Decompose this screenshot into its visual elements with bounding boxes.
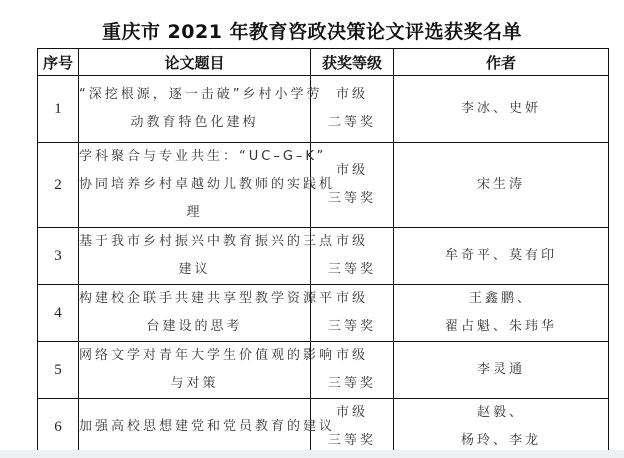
authors: 王鑫鹏、 翟占魁、朱玮华 — [394, 285, 609, 342]
paper-title-line: 与对策 — [79, 370, 310, 398]
paper-title-line: 构建校企联手共建共享型教学资源平 — [79, 285, 310, 313]
paper-title-line: 协同培养乡村卓越幼儿教师的实践机 — [79, 171, 310, 199]
row-number: 6 — [38, 399, 79, 456]
authors-line: 宋生涛 — [394, 171, 608, 199]
table-row: 4 构建校企联手共建共享型教学资源平 台建设的思考 市级 三等奖 王鑫鹏、 翟占… — [38, 285, 609, 342]
page-bottom-edge — [0, 450, 624, 458]
authors-line: 翟占魁、朱玮华 — [394, 313, 608, 341]
paper-title: 学科聚合与专业共生：“UC–G–K” 协同培养乡村卓越幼儿教师的实践机 理 — [79, 143, 311, 228]
table-row: 2 学科聚合与专业共生：“UC–G–K” 协同培养乡村卓越幼儿教师的实践机 理 … — [38, 143, 609, 228]
paper-title-line: 加强高校思想建党和党员教育的建议 — [79, 413, 310, 441]
authors: 牟奇平、莫有印 — [394, 228, 609, 285]
authors: 宋生涛 — [394, 143, 609, 228]
header-title: 论文题目 — [79, 49, 311, 76]
authors-line: 李冰、史妍 — [394, 95, 608, 123]
table-header-row: 序号 论文题目 获奖等级 作者 — [38, 49, 609, 76]
header-no: 序号 — [38, 49, 79, 76]
paper-title-line: 台建设的思考 — [79, 313, 310, 341]
paper-title: 加强高校思想建党和党员教育的建议 — [79, 399, 311, 456]
table-row: 3 基于我市乡村振兴中教育振兴的三点 建议 市级 三等奖 牟奇平、莫有印 — [38, 228, 609, 285]
row-number: 5 — [38, 342, 79, 399]
award-level-line: 二等奖 — [311, 109, 393, 137]
authors-line: 牟奇平、莫有印 — [394, 242, 608, 270]
paper-title-line: 基于我市乡村振兴中教育振兴的三点 — [79, 228, 310, 256]
paper-title: 网络文学对青年大学生价值观的影响 与对策 — [79, 342, 311, 399]
paper-title-line: 建议 — [79, 256, 310, 284]
row-number: 4 — [38, 285, 79, 342]
header-author: 作者 — [394, 49, 609, 76]
authors: 李灵通 — [394, 342, 609, 399]
row-number: 3 — [38, 228, 79, 285]
authors: 赵毅、 杨玲、李龙 — [394, 399, 609, 456]
document-title: 重庆市 2021 年教育咨政决策论文评选获奖名单 — [0, 17, 624, 44]
award-list-table: 序号 论文题目 获奖等级 作者 1 “深挖根源，逐一击破”乡村小学劳 动教育特色… — [37, 48, 609, 456]
paper-title: “深挖根源，逐一击破”乡村小学劳 动教育特色化建构 — [79, 76, 311, 143]
table-row: 5 网络文学对青年大学生价值观的影响 与对策 市级 三等奖 李灵通 — [38, 342, 609, 399]
table-row: 1 “深挖根源，逐一击破”乡村小学劳 动教育特色化建构 市级 二等奖 李冰、史妍 — [38, 76, 609, 143]
award-level-line: 三等奖 — [311, 370, 393, 398]
paper-title-line: 网络文学对青年大学生价值观的影响 — [79, 342, 310, 370]
paper-title-line: 学科聚合与专业共生：“UC–G–K” — [79, 143, 310, 171]
award-level-line: 三等奖 — [311, 313, 393, 341]
row-number: 2 — [38, 143, 79, 228]
header-level: 获奖等级 — [311, 49, 394, 76]
paper-title-line: “深挖根源，逐一击破”乡村小学劳 — [79, 81, 310, 109]
award-level: 市级 二等奖 — [311, 76, 394, 143]
paper-title: 基于我市乡村振兴中教育振兴的三点 建议 — [79, 228, 311, 285]
award-level-line: 市级 — [311, 81, 393, 109]
paper-title-line: 动教育特色化建构 — [79, 109, 310, 137]
paper-title-line: 理 — [79, 199, 310, 227]
authors-line: 李灵通 — [394, 356, 608, 384]
paper-title: 构建校企联手共建共享型教学资源平 台建设的思考 — [79, 285, 311, 342]
award-level-line: 三等奖 — [311, 256, 393, 284]
authors-line: 王鑫鹏、 — [394, 285, 608, 313]
authors-line: 赵毅、 — [394, 399, 608, 427]
table-row: 6 加强高校思想建党和党员教育的建议 市级 三等奖 赵毅、 杨玲、李龙 — [38, 399, 609, 456]
authors: 李冰、史妍 — [394, 76, 609, 143]
row-number: 1 — [38, 76, 79, 143]
